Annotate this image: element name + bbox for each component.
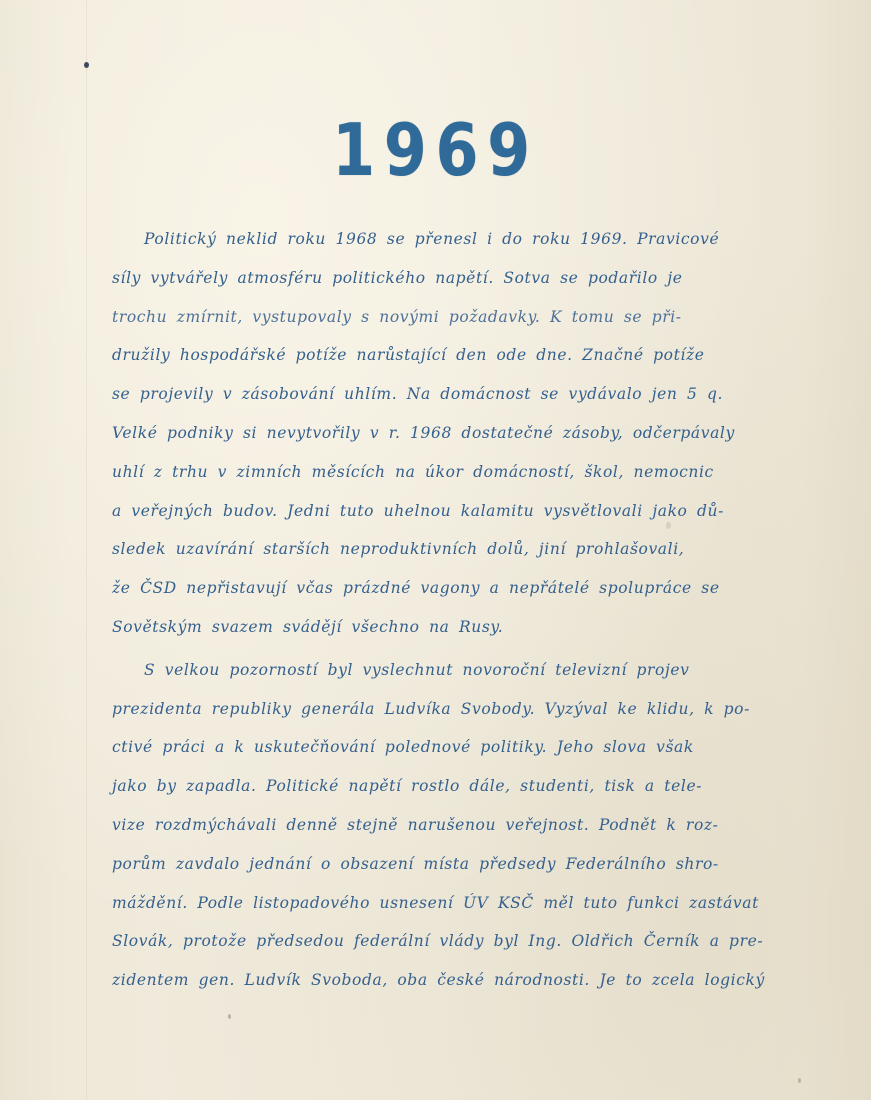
text-line: Politický neklid roku 1968 se přenesl i … (112, 220, 822, 259)
handwritten-text: Politický neklid roku 1968 se přenesl i … (112, 220, 822, 1000)
ink-speck (84, 62, 89, 68)
text-line: jako by zapadla. Politické napětí rostlo… (112, 767, 822, 806)
text-line: Sovětským svazem svádějí všechno na Rusy… (112, 608, 822, 647)
text-line: porům zavdalo jednání o obsazení místa p… (112, 845, 822, 884)
text-line: síly vytvářely atmosféru politického nap… (112, 259, 822, 298)
paragraph-2: S velkou pozorností byl vyslechnut novor… (112, 651, 822, 1000)
text-line: zidentem gen. Ludvík Svoboda, oba české … (112, 961, 822, 1000)
text-line: S velkou pozorností byl vyslechnut novor… (112, 651, 822, 690)
text-line: se projevily v zásobování uhlím. Na domá… (112, 375, 822, 414)
text-line: a veřejných budov. Jedni tuto uhelnou ka… (112, 492, 822, 531)
paper-speck (228, 1014, 231, 1019)
text-line: že ČSD nepřistavují včas prázdné vagony … (112, 569, 822, 608)
text-line: trochu zmírnit, vystupovaly s novými pož… (112, 298, 822, 337)
text-line: máždění. Podle listopadového usnesení ÚV… (112, 884, 822, 923)
paper-speck (798, 1078, 801, 1083)
text-line: družily hospodářské potíže narůstající d… (112, 336, 822, 375)
handwritten-chronicle-page: 1969 Politický neklid roku 1968 se přene… (0, 0, 871, 1100)
text-line: vize rozdmýchávali denně stejně narušeno… (112, 806, 822, 845)
text-line: Velké podniky si nevytvořily v r. 1968 d… (112, 414, 822, 453)
paragraph-1: Politický neklid roku 1968 se přenesl i … (112, 220, 822, 647)
year-heading: 1969 (61, 108, 810, 192)
text-line: sledek uzavírání starších neproduktivníc… (112, 530, 822, 569)
text-line: ctivé práci a k uskutečňování polednové … (112, 728, 822, 767)
text-line: uhlí z trhu v zimních měsících na úkor d… (112, 453, 822, 492)
text-line: Slovák, protože předsedou federální vlád… (112, 922, 822, 961)
text-line: prezidenta republiky generála Ludvíka Sv… (112, 690, 822, 729)
